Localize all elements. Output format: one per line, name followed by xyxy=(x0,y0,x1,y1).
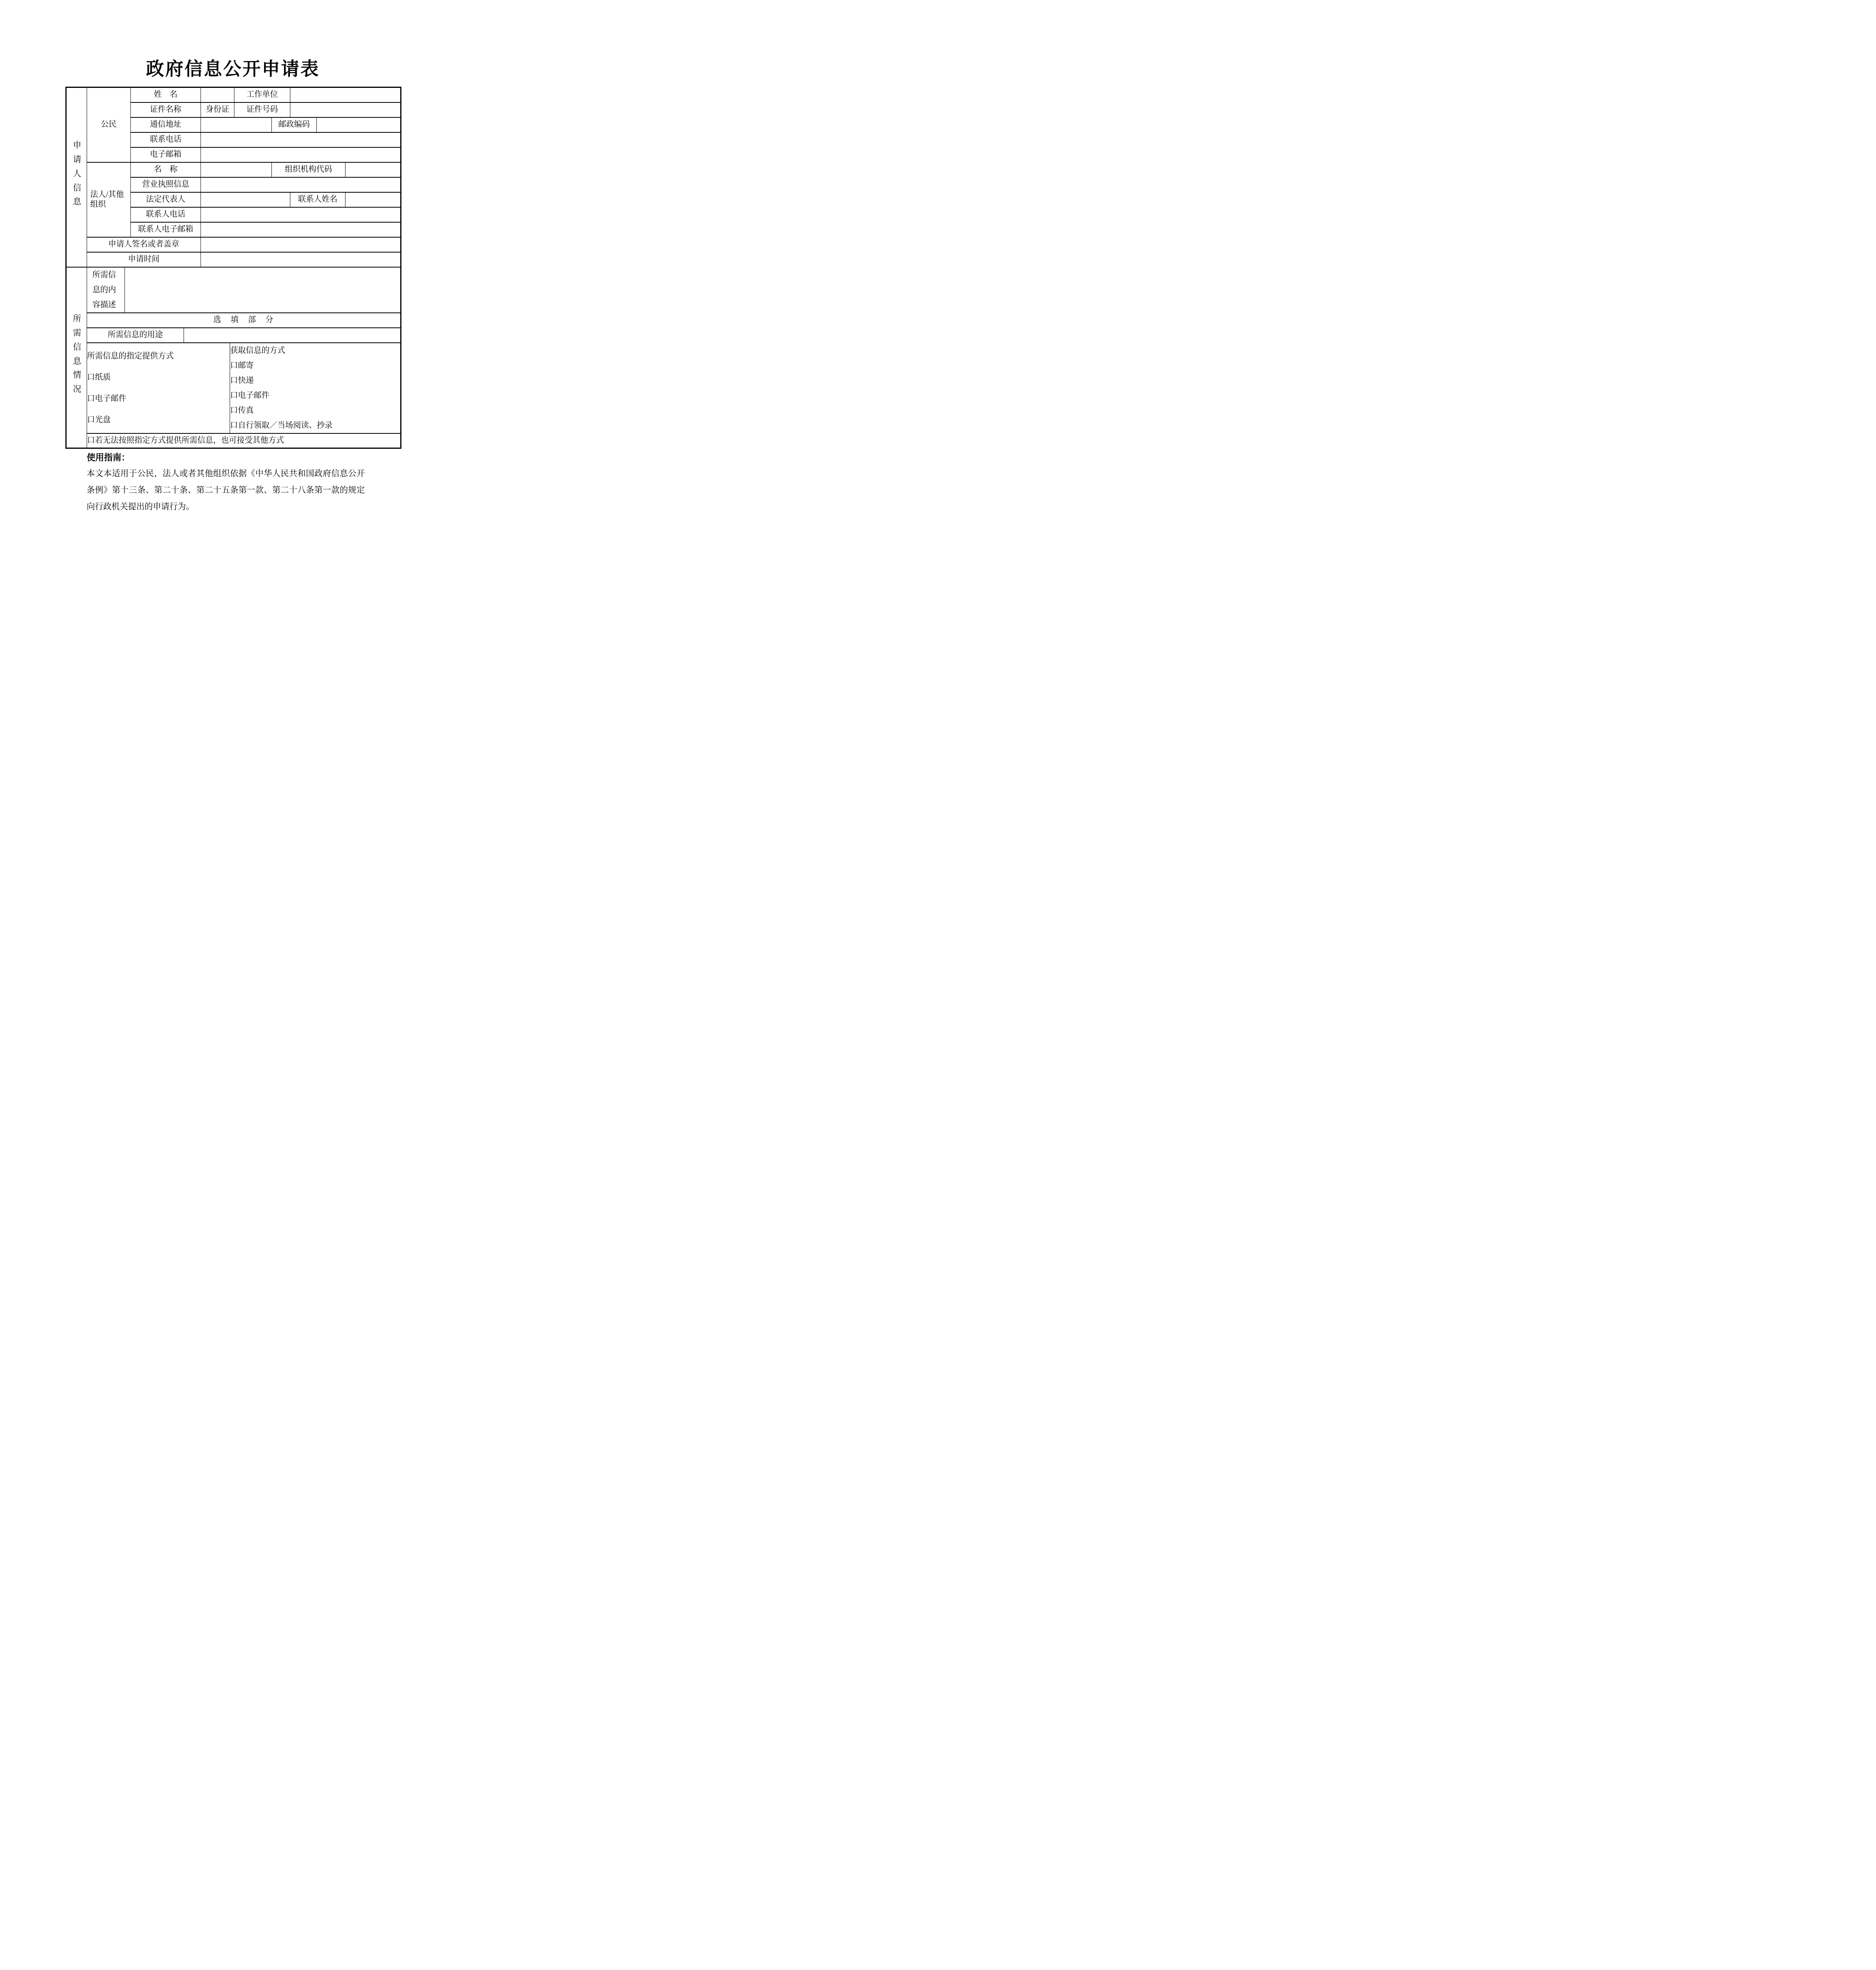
address-label: 通信地址 xyxy=(131,117,201,132)
cert-no-input-cell[interactable] xyxy=(290,102,401,117)
required-info-section-label: 所需信息情况 xyxy=(66,267,87,448)
contact-email-label: 联系人电子邮箱 xyxy=(131,222,201,237)
name-label: 姓 名 xyxy=(131,87,201,102)
checkbox-option-post[interactable]: 口邮寄 xyxy=(230,358,400,373)
contact-name-label: 联系人姓名 xyxy=(290,192,345,207)
contact-name-input-cell[interactable] xyxy=(345,192,401,207)
checkbox-option-self-pickup[interactable]: 口自行领取／当场阅读、抄录 xyxy=(230,418,400,433)
license-input-cell[interactable] xyxy=(201,177,401,192)
signature-label: 申请人签名或者盖章 xyxy=(87,237,201,252)
license-label: 营业执照信息 xyxy=(131,177,201,192)
contact-phone-input-cell[interactable] xyxy=(201,207,401,222)
optional-part-header: 选 填 部 分 xyxy=(87,313,401,328)
checkbox-option-express[interactable]: 口快递 xyxy=(230,373,400,388)
usage-label: 所需信息的用途 xyxy=(87,328,184,343)
cert-name-value-cell: 身份证 xyxy=(201,102,234,117)
guide-heading: 使用指南： xyxy=(87,451,130,463)
contact-phone-label: 联系人电话 xyxy=(131,207,201,222)
content-desc-label: 所需信息的内容描述 xyxy=(87,267,125,313)
email-label: 电子邮箱 xyxy=(131,147,201,162)
org-name-input-cell[interactable] xyxy=(201,162,272,177)
usage-input-cell[interactable] xyxy=(184,328,401,343)
delivery-method-header: 所需信息的指定提供方式 xyxy=(87,346,230,367)
org-code-input-cell[interactable] xyxy=(345,162,401,177)
checkbox-option-fallback[interactable]: 口若无法按照指定方式提供所需信息，也可接受其他方式 xyxy=(87,433,401,448)
content-desc-input-cell[interactable] xyxy=(125,267,401,313)
applicant-section-label: 申请人信息 xyxy=(66,87,87,267)
checkbox-option-paper[interactable]: 口纸质 xyxy=(87,367,230,388)
postcode-input-cell[interactable] xyxy=(317,117,401,132)
document-page: 政府信息公开申请表 申请人信息 公民 姓 名 工作单位 证件名称 身份证 证件号… xyxy=(0,0,433,613)
legal-group-label: 法人/其他组织 xyxy=(87,162,131,237)
phone-label: 联系电话 xyxy=(131,132,201,147)
cert-name-label: 证件名称 xyxy=(131,102,201,117)
required-info-section-label-text: 所需信息情况 xyxy=(71,314,82,398)
guide-body: 本文本适用于公民，法人或者其他组织依据《中华人民共和国政府信息公开条例》第十三条… xyxy=(87,465,365,515)
checkbox-option-email-obtain[interactable]: 口电子邮件 xyxy=(230,388,400,403)
address-input-cell[interactable] xyxy=(201,117,272,132)
obtain-method-cell: 获取信息的方式 口邮寄 口快递 口电子邮件 口传真 口自行领取／当场阅读、抄录 xyxy=(230,343,401,433)
applicant-section-label-text: 申请人信息 xyxy=(71,141,82,211)
delivery-method-cell: 所需信息的指定提供方式 口纸质 口电子邮件 口光盘 xyxy=(87,343,230,433)
application-form-table: 申请人信息 公民 姓 名 工作单位 证件名称 身份证 证件号码 通信地址 邮政编… xyxy=(65,87,401,449)
postcode-label: 邮政编码 xyxy=(272,117,317,132)
checkbox-option-email-delivery[interactable]: 口电子邮件 xyxy=(87,388,230,409)
apply-time-label: 申请时间 xyxy=(87,252,201,267)
work-unit-label: 工作单位 xyxy=(234,87,290,102)
content-desc-label-text: 所需信息的内容描述 xyxy=(93,268,119,312)
checkbox-option-fax[interactable]: 口传真 xyxy=(230,403,400,418)
citizen-group-label: 公民 xyxy=(87,87,131,162)
obtain-method-header: 获取信息的方式 xyxy=(230,343,400,358)
org-name-label: 名 称 xyxy=(131,162,201,177)
contact-email-input-cell[interactable] xyxy=(201,222,401,237)
legal-rep-input-cell[interactable] xyxy=(201,192,290,207)
org-code-label: 组织机构代码 xyxy=(272,162,345,177)
signature-input-cell[interactable] xyxy=(201,237,401,252)
apply-time-input-cell[interactable] xyxy=(201,252,401,267)
checkbox-option-disc[interactable]: 口光盘 xyxy=(87,409,230,431)
phone-input-cell[interactable] xyxy=(201,132,401,147)
page-title: 政府信息公开申请表 xyxy=(65,54,400,80)
work-unit-input-cell[interactable] xyxy=(290,87,401,102)
email-input-cell[interactable] xyxy=(201,147,401,162)
legal-rep-label: 法定代表人 xyxy=(131,192,201,207)
legal-group-label-text: 法人/其他组织 xyxy=(90,190,127,210)
name-input-cell[interactable] xyxy=(201,87,234,102)
cert-no-label: 证件号码 xyxy=(234,102,290,117)
